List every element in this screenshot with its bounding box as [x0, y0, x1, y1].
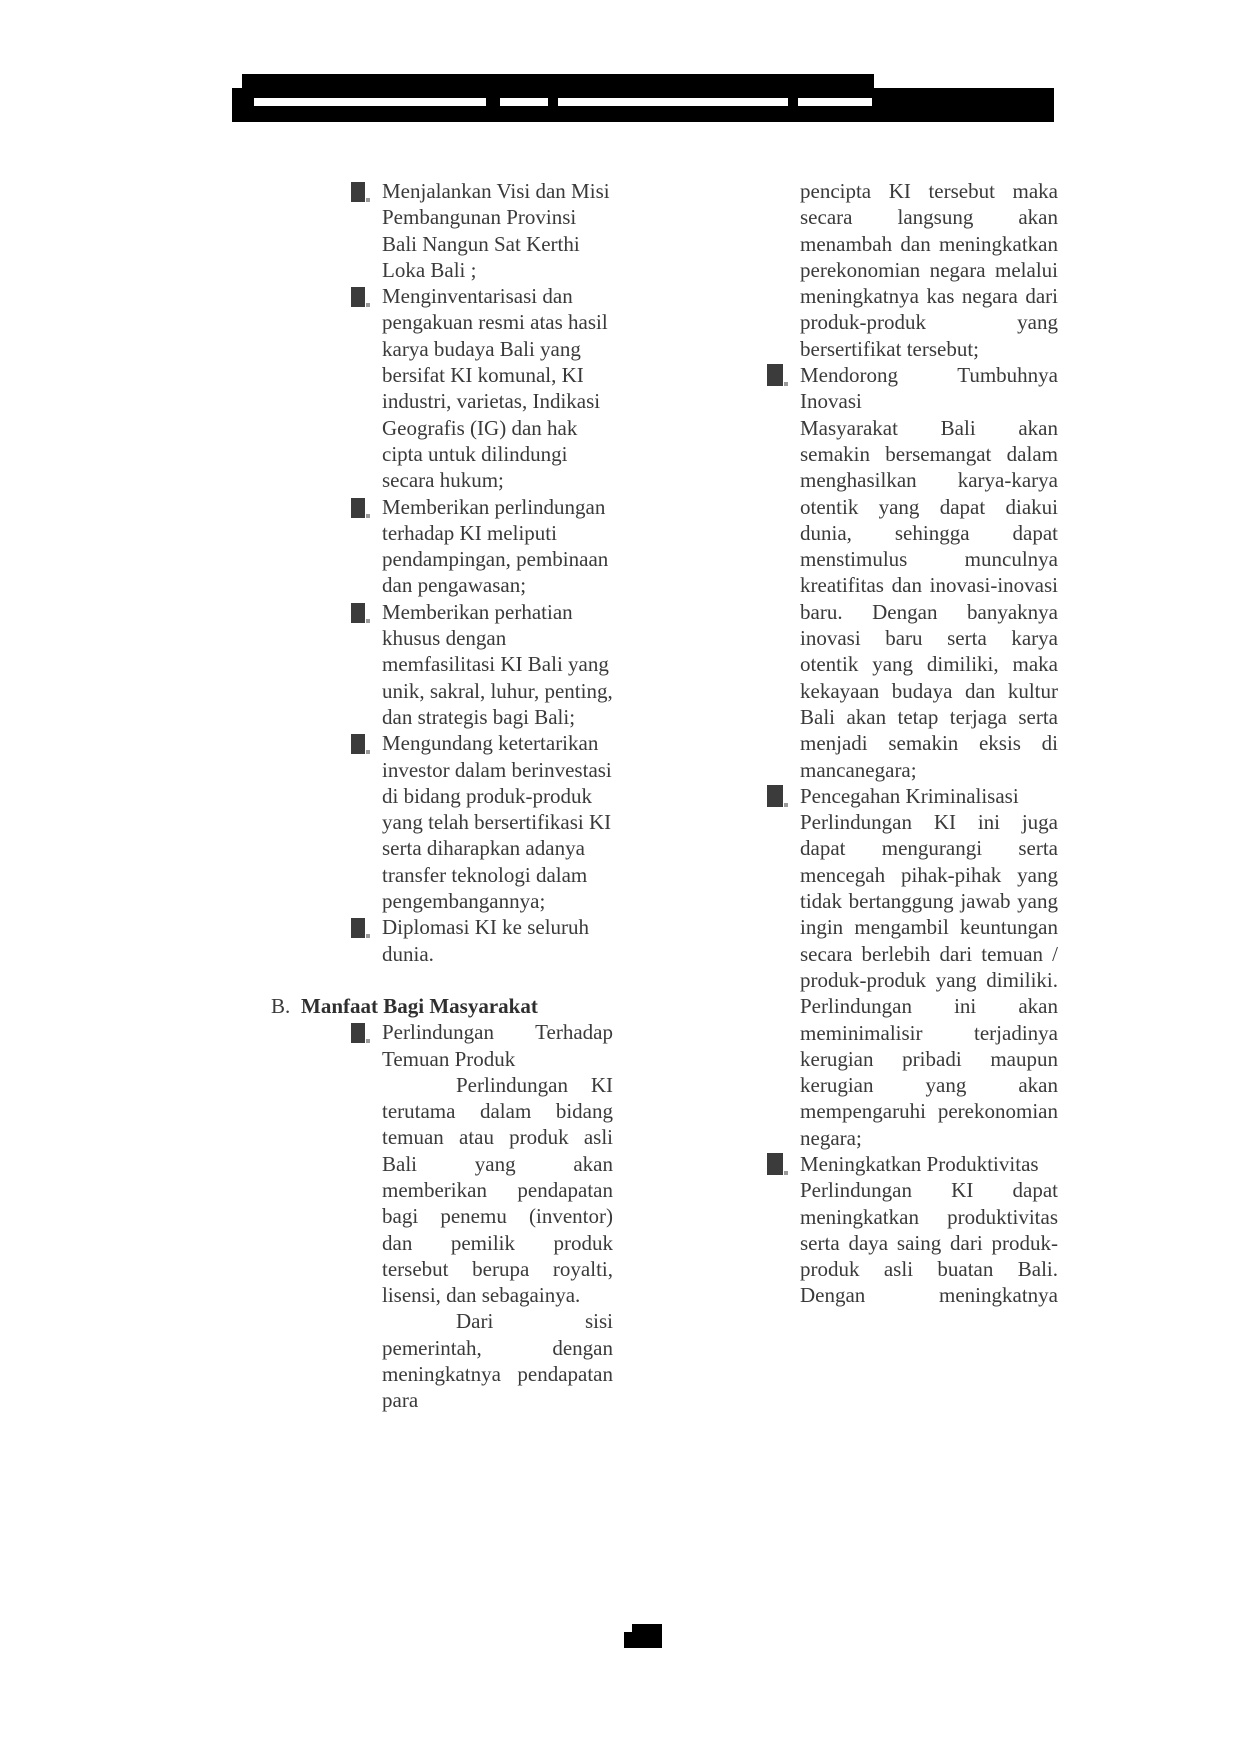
right-column: pencipta KI tersebut maka secara langsun… [800, 178, 1058, 1309]
list-number-marker [767, 1153, 783, 1175]
page-number-redacted [632, 1624, 662, 1648]
header-redaction-gap [558, 98, 788, 106]
list-item-text: Memberikan perhatian khusus dengan memfa… [382, 599, 613, 730]
left-column: Menjalankan Visi dan Misi Pembangunan Pr… [311, 178, 613, 1414]
list-number-marker [351, 287, 365, 307]
continuation-paragraph: pencipta KI tersebut maka secara langsun… [800, 178, 1058, 362]
header-redaction-gap [798, 98, 872, 106]
list-item: Memberikan perlindungan terhadap KI meli… [311, 494, 613, 599]
benefit-paragraph: Masyarakat Bali akan semakin bersemangat… [800, 415, 1058, 783]
list-number-marker [351, 734, 365, 754]
list-item-text: Menjalankan Visi dan Misi Pembangunan Pr… [382, 178, 613, 283]
running-header-redacted [232, 70, 1054, 120]
list-item-text: Memberikan perlindungan terhadap KI meli… [382, 494, 613, 599]
list-number-marker [767, 364, 783, 386]
benefit-paragraph: Perlindungan KI ini juga dapat mengurang… [800, 809, 1058, 1151]
list-number-marker [351, 1023, 365, 1043]
list-item-text: Diplomasi KI ke seluruh dunia. [382, 914, 613, 967]
benefit-item: Perlindungan Terhadap Temuan Produk Perl… [311, 1019, 613, 1413]
benefit-item: Mendorong Tumbuhnya Inovasi Masyarakat B… [800, 362, 1058, 783]
benefit-heading: Meningkatkan Produktivitas [800, 1151, 1058, 1177]
list-item: Memberikan perhatian khusus dengan memfa… [311, 599, 613, 730]
benefit-paragraph: Dari sisi pemerintah, dengan meningkatny… [382, 1308, 613, 1413]
header-redaction-gap [254, 98, 486, 106]
section-heading-b: B.Manfaat Bagi Masyarakat [271, 993, 613, 1019]
list-item: Diplomasi KI ke seluruh dunia. [311, 914, 613, 967]
list-item-text: Menginventarisasi dan pengakuan resmi at… [382, 283, 613, 493]
benefit-paragraph: Perlindungan KI terutama dalam bidang te… [382, 1072, 613, 1309]
benefit-heading: Mendorong Tumbuhnya Inovasi [800, 362, 1058, 415]
list-number-marker [767, 785, 783, 807]
list-number-marker [351, 918, 365, 938]
list-number-marker [351, 603, 365, 623]
list-item-text: Mengundang ketertarikan investor dalam b… [382, 730, 613, 914]
benefit-item: Meningkatkan Produktivitas Perlindungan … [800, 1151, 1058, 1309]
benefit-item: Pencegahan Kriminalisasi Perlindungan KI… [800, 783, 1058, 1151]
benefit-heading: Perlindungan Terhadap Temuan Produk [382, 1019, 613, 1072]
list-number-marker [351, 498, 365, 518]
benefit-heading: Pencegahan Kriminalisasi [800, 783, 1058, 809]
benefit-paragraph: Perlindungan KI dapat meningkatkan produ… [800, 1177, 1058, 1308]
header-redaction-gap [500, 98, 548, 106]
section-letter: B. [271, 993, 301, 1019]
section-title: Manfaat Bagi Masyarakat [301, 994, 538, 1018]
list-number-marker [351, 182, 365, 202]
list-item: Menjalankan Visi dan Misi Pembangunan Pr… [311, 178, 613, 283]
list-item: Mengundang ketertarikan investor dalam b… [311, 730, 613, 914]
list-item: Menginventarisasi dan pengakuan resmi at… [311, 283, 613, 493]
